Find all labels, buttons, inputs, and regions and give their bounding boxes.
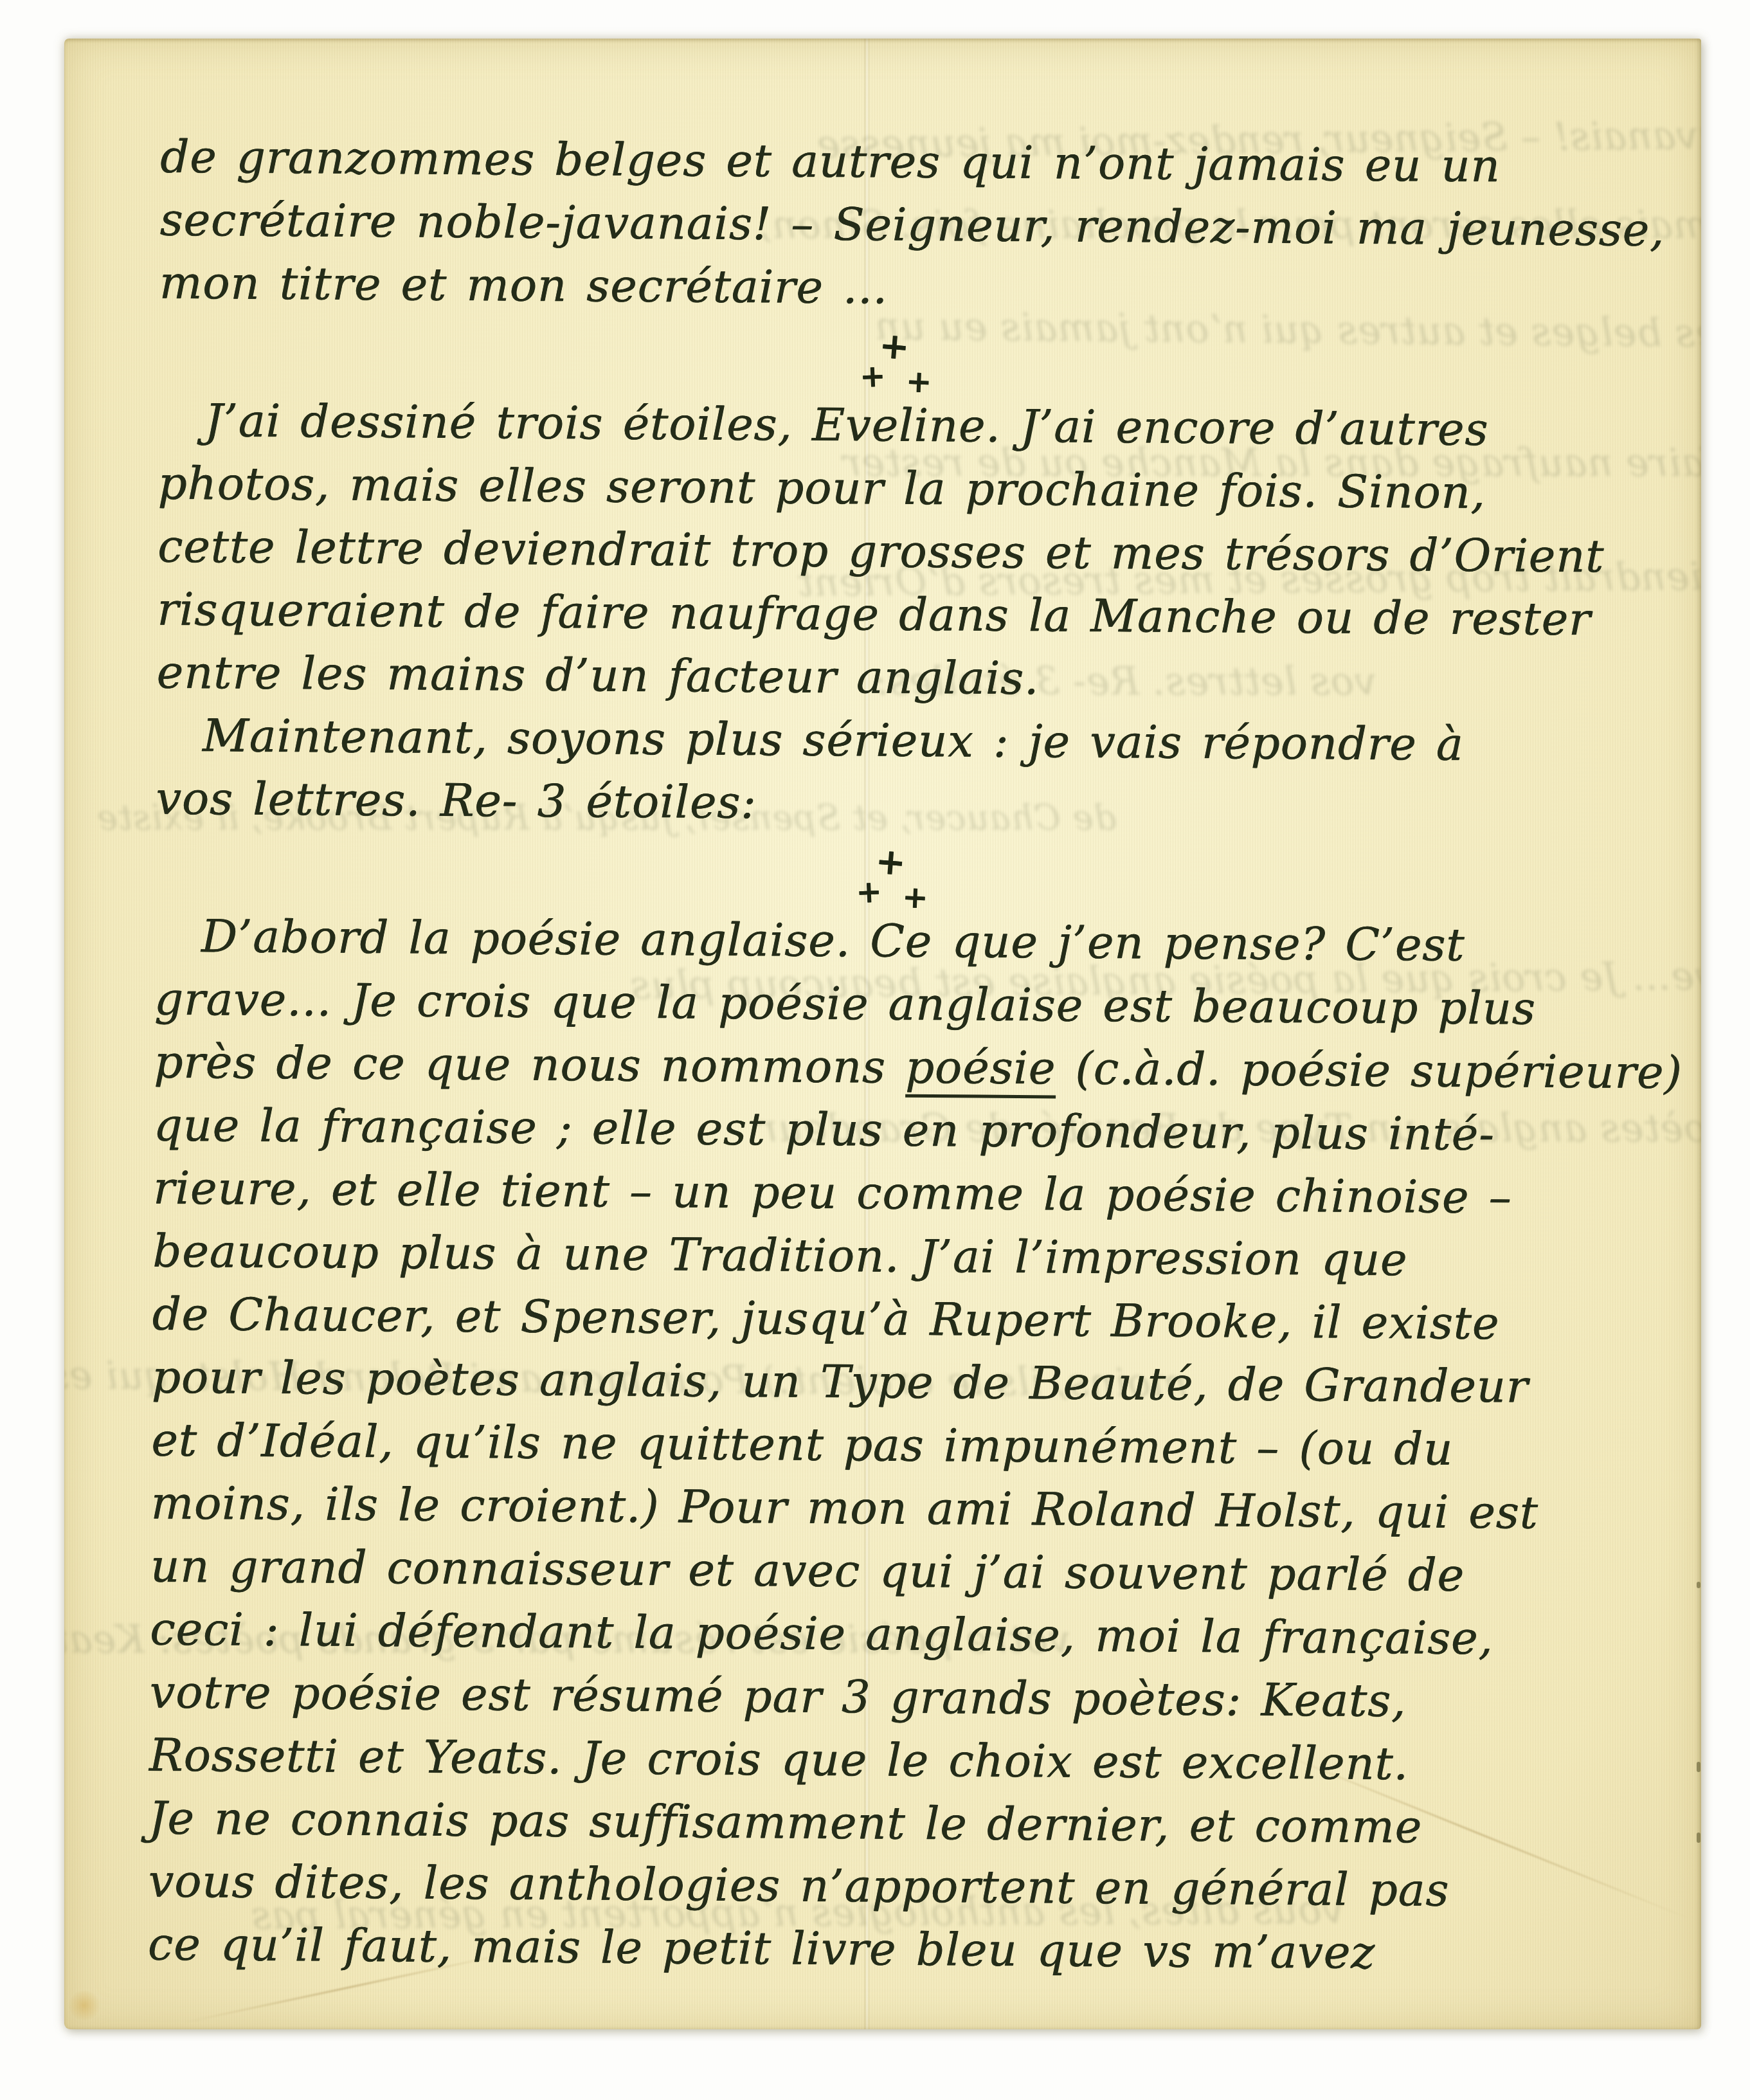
letter-line: votre poésie est résumé par 3 grands poè… [149, 1661, 1671, 1735]
letter-line: ce qu’il faut, mais le petit livre bleu … [148, 1913, 1670, 1987]
letter-line: rieure, et elle tient – un peu comme la … [153, 1157, 1675, 1231]
letter-line: photos, mais elles seront pour la procha… [158, 452, 1679, 526]
letter-line: pour les poètes anglais, un Type de Beau… [152, 1346, 1673, 1420]
handwriting-layer: de granzommes belges et autres qui n’ont… [64, 39, 1701, 2029]
letter-line: près de ce que nous nommons poésie (c.à.… [154, 1031, 1675, 1105]
letter-line: que la française ; elle est plus en prof… [153, 1094, 1675, 1168]
letter-line: un grand connaisseur et avec qui j’ai so… [150, 1535, 1672, 1609]
letter-line: de granzommes belges et autres qui n’ont… [160, 125, 1682, 199]
plus-separator: + + + [155, 830, 1677, 916]
letter-line: Rossetti et Yeats. Je crois que le choix… [149, 1724, 1671, 1798]
letter-line: risqueraient de faire naufrage dans la M… [157, 578, 1679, 652]
letter-line: secrétaire noble-javanais! – Seigneur, r… [159, 188, 1681, 262]
letter-line: grave... Je crois que la poésie anglaise… [154, 968, 1676, 1042]
letter-line-segment: près de ce que nous nommons [154, 1036, 905, 1094]
letter-line: Je ne connais pas suffisamment le dernie… [149, 1787, 1670, 1861]
letter-line: beaucoup plus à une Tradition. J’ai l’im… [152, 1220, 1674, 1294]
plus-mark: + [858, 344, 888, 408]
letter-line: ceci : lui défendant la poésie anglaise,… [150, 1598, 1672, 1672]
letter-line: cette lettre deviendrait trop grosses et… [158, 515, 1679, 589]
plus-mark: + [901, 865, 930, 930]
plus-mark: + [905, 350, 934, 414]
letter-line: vous dites, les anthologies n’apportent … [148, 1850, 1670, 1924]
plus-separator: + + + [159, 314, 1681, 400]
letter-line: de Chaucer, et Spenser, jusqu’à Rupert B… [152, 1283, 1673, 1357]
scanned-letter: { "scan": { "background_color": "#fdfdfb… [0, 0, 1750, 2100]
letter-line-segment: (c.à.d. poésie supérieure) [1056, 1042, 1682, 1099]
letter-line: et d’Idéal, qu’ils ne quittent pas impun… [151, 1409, 1673, 1483]
letter-line: mon titre et mon secrétaire ... [159, 251, 1681, 325]
plus-mark: + [854, 860, 884, 924]
letter-line: vos lettres. Re- 3 étoiles: [156, 767, 1677, 841]
letter-line: entre les mains d’un facteur anglais. [156, 641, 1678, 715]
underlined-word: poésie [905, 1041, 1056, 1099]
letter-page: secrétaire noble-javanais! – Seigneur, r… [64, 39, 1701, 2029]
letter-line: Maintenant, soyons plus sérieux : je vai… [156, 704, 1678, 778]
letter-line: moins, ils le croient.) Pour mon ami Rol… [150, 1472, 1672, 1546]
